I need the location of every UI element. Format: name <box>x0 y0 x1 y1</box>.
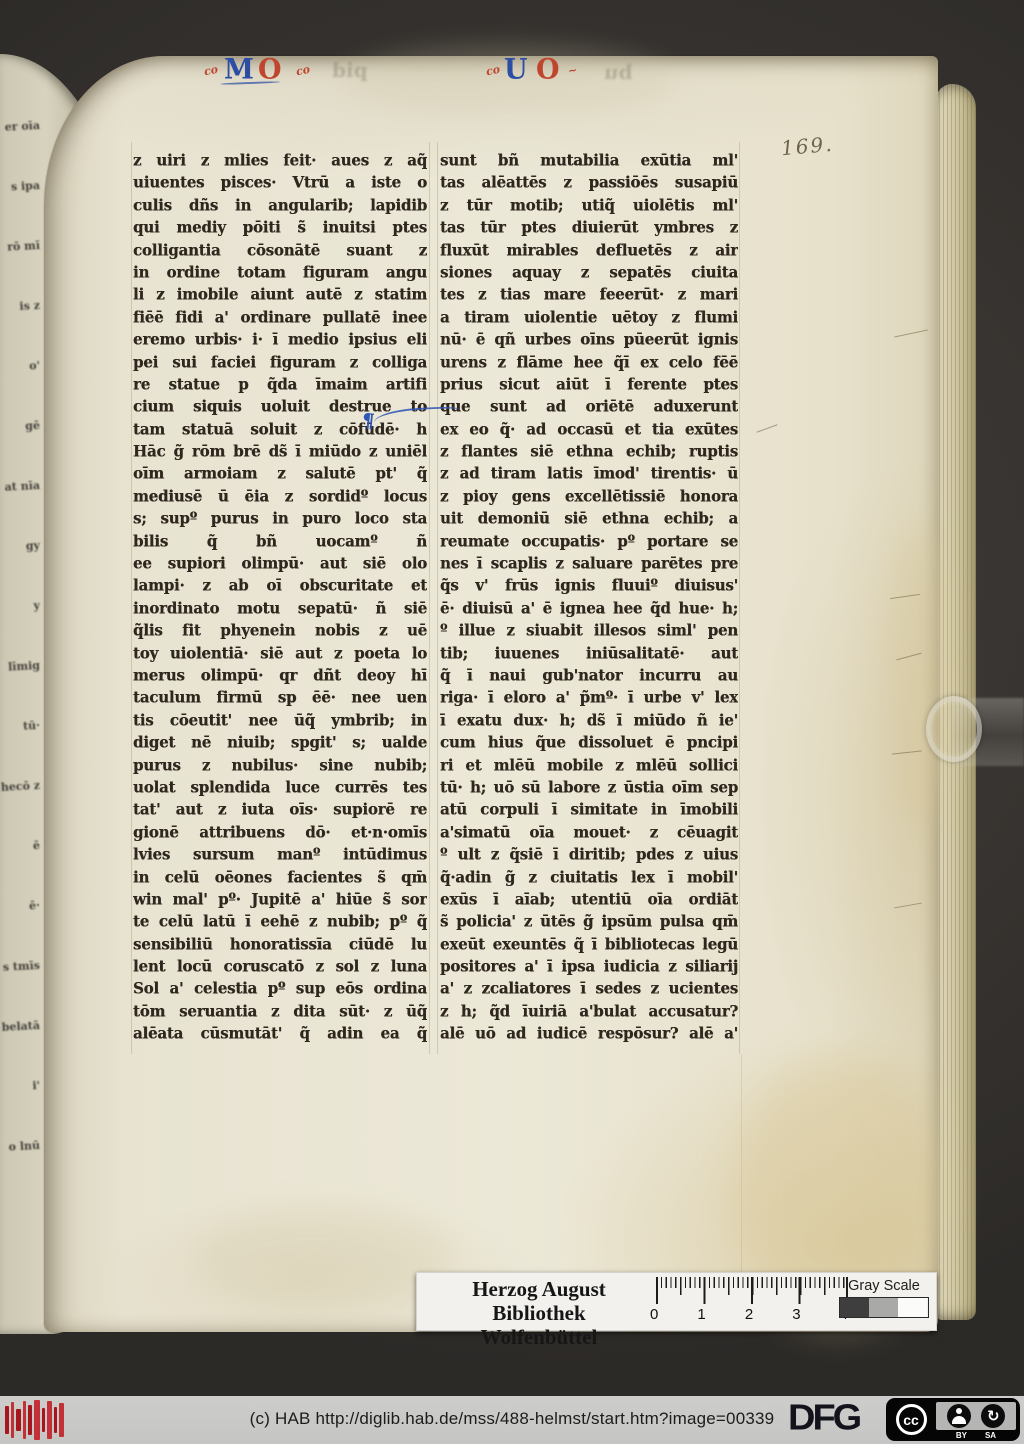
ruling-line <box>131 142 132 1054</box>
ink-showthrough: bu <box>604 60 633 84</box>
grayscale-title: Gray Scale <box>837 1278 931 1294</box>
manuscript-text-line: Sol a' celestia pº sup eōs ordina <box>133 976 427 1000</box>
manuscript-text-line: culis dñs in angularib; lapidib <box>133 193 427 217</box>
manuscript-text-line: reumate occupatis· pº portare se <box>440 529 738 553</box>
manuscript-text-line: z h; q̃d īuiriā a'bulat accusatur? <box>440 999 738 1023</box>
pen-trial-mark <box>896 653 921 661</box>
manuscript-text-line: uolat splendida luce currēs tes <box>133 775 427 799</box>
red-flourish: co <box>485 63 501 79</box>
pen-trial-mark <box>894 903 922 909</box>
manuscript-text-line: te celū latū ī eehē z nubib; pº q̃ <box>133 909 427 933</box>
parchment-stain <box>194 1206 454 1306</box>
header-initial-blue: M <box>224 53 254 86</box>
manuscript-text-line: º ult z q̃siē ī diritib; pdes z uius <box>440 842 738 866</box>
facing-text-fragment: ē dīmo <box>0 839 40 855</box>
ruler-number: 0 <box>650 1306 658 1323</box>
institution-line2: Wolfenbüttel <box>424 1325 654 1349</box>
manuscript-text-line: uit demoniū siē ethna echib; a <box>440 506 738 530</box>
facing-text-fragment: gē insel <box>0 419 40 435</box>
manuscript-text-line: purus z nubilus· sine nubib; <box>133 753 427 777</box>
manuscript-text-line: pei sui faciei figuram z colliga <box>133 350 427 374</box>
swatch-dark <box>840 1298 869 1317</box>
manuscript-text-line: tis cōeutit' nee ūq̃ ymbrib; in <box>133 708 427 732</box>
manuscript-text-line: in celū oēones facientes s̃ qm̄ <box>133 865 427 889</box>
manuscript-text-line: s; supº purus in puro loco sta <box>133 506 427 530</box>
facing-text-fragment: o' astiū <box>0 359 40 375</box>
red-flourish: ~ <box>567 63 579 78</box>
manuscript-text-line: toy uiolentiā· siē aut z poeta lo <box>133 641 427 665</box>
manuscript-text-line: ex eo q̃· ad occasū et tia exūtes <box>440 417 738 441</box>
manuscript-text-line: exūs ī aīab; utentiū oīa ordiāt <box>440 887 738 911</box>
folio-number: 169. <box>780 132 834 160</box>
manuscript-text-line: z ad tiram latis īmod' tirentis· ū <box>440 461 738 485</box>
cc-module-labels: BY SA <box>938 1431 1014 1440</box>
manuscript-text-line: positores a' ī ipsa iudicia z siliarij <box>440 954 738 978</box>
dfg-logo: DFG <box>788 1398 859 1439</box>
manuscript-text-line: ee supiori olimpū· aut siē olo <box>133 551 427 575</box>
manuscript-text-line: que sunt ad oriētē aduxerunt <box>440 394 738 418</box>
manuscript-text-line: sunt bñ mutabilia exūtia ml' <box>440 148 738 172</box>
manuscript-text-line: s̃ policia' z ūtēs g̃ ipsūm pulsa qm̄ <box>440 909 738 933</box>
blue-paragraph-mark: ¶ <box>361 409 375 432</box>
attribution-bar: (c) HAB http://diglib.hab.de/mss/488-hel… <box>0 1396 1024 1444</box>
ruler-ticks <box>656 1277 848 1304</box>
facing-text-fragment: is z mī <box>0 299 40 315</box>
manuscript-text-line: alē uō ad iudicē respōsur? alē a' <box>440 1021 738 1045</box>
manuscript-text-line: atū corpuli ī simitate in īmobili <box>440 797 738 821</box>
manuscript-text-line: exeūt exeuntēs q̃ ī bibliotecas legū <box>440 932 738 956</box>
manuscript-text-line: gionē attribuens dō· et·n·omīs <box>133 820 427 844</box>
manuscript-text-line: in ordine totam figuram angu <box>133 260 427 284</box>
manuscript-text-line: tas tūr ptes diuierūt ymbres z <box>440 215 738 239</box>
manuscript-text-line: nes ī scaplis z saluare parētes pre <box>440 551 738 575</box>
ruler-number: 2 <box>745 1306 753 1323</box>
manuscript-text-line: riga· ī eloro a' p̃mº· ī urbe v' lex <box>440 685 738 709</box>
manuscript-text-line: q̃s v' frūs ignis fluuiº diuisus' <box>440 573 738 597</box>
red-flourish: co <box>295 63 311 79</box>
cc-logo: cc <box>886 1398 936 1441</box>
manuscript-text-line: z uiri z mlies feit· aues z aq̃ <box>133 148 427 172</box>
manuscript-text-line: inordinato motu sepatū· ñ siē <box>133 596 427 620</box>
page-holder-clip <box>924 690 1024 780</box>
manuscript-text-line: lvies sursum manº intūdimus <box>133 842 427 866</box>
grayscale-reference: Gray Scale <box>837 1278 931 1318</box>
facing-page-text: er oīas ipa q̃rō mīis z mīo' astiūgē ins… <box>0 120 40 1200</box>
pen-trial-mark <box>894 329 927 337</box>
ruler-number: 1 <box>697 1306 705 1323</box>
manuscript-text-line: sensibiliū honoratissīa ciūdē lu <box>133 932 427 956</box>
manuscript-text-line: fiēē fidi a' ordinare pullatē inee <box>133 305 427 329</box>
manuscript-text-line: tas alēattēs z passiōēs susapiū <box>440 170 738 194</box>
manuscript-text-line: ī exatu dux· h; ds̃ ī miūdo ñ ie' <box>440 708 738 732</box>
manuscript-text-line: ē· diuisū a' ē ignea hee q̃d hue· h; <box>440 596 738 620</box>
header-initial-blue: U <box>504 53 528 86</box>
ruling-line <box>429 142 430 1054</box>
manuscript-text-line: º illue z siuabit illesos siml' pen <box>440 618 738 642</box>
manuscript-text-line: ri et mlēū mobile z mlēū sollici <box>440 753 738 777</box>
manuscript-text-line: alēata cūsmutāt' q̃ adin ea q̃ <box>133 1021 427 1045</box>
manuscript-text-line: diget nē niuib; spgit' s; ualde <box>133 730 427 754</box>
cc-license-badge: cc ↻ BY SA <box>886 1398 1020 1441</box>
manuscript-text-line: a'simatū oīa mouet· z cēuagit <box>440 820 738 844</box>
facing-text-fragment: rō mī <box>0 239 40 255</box>
manuscript-text-line: z tūr motib; utiq̃ uiolētis ml' <box>440 193 738 217</box>
pen-trial-mark <box>892 750 922 754</box>
facing-text-fragment: gy urss <box>0 539 40 555</box>
facing-text-fragment: o lnū <box>0 1139 40 1155</box>
manuscript-text-line: q̃·adin g̃ z ciuitatis lex ī mobil' <box>440 865 738 889</box>
header-initial-red: O <box>536 53 560 86</box>
swatch-white <box>898 1298 927 1317</box>
manuscript-text-line: a' z zcaliatores ī sedes z ucientes <box>440 976 738 1000</box>
facing-text-fragment: s tmīs <box>0 959 40 975</box>
institution-name: Herzog August Bibliothek Wolfenbüttel <box>424 1277 654 1349</box>
manuscript-text-line: re statue p q̃da īmaim artifi <box>133 372 427 396</box>
manuscript-photograph: er oīas ipa q̃rō mīis z mīo' astiūgē ins… <box>0 0 1024 1444</box>
facing-text-fragment: s ipa q̃ <box>0 179 40 195</box>
ruler-scale: 0 1 2 3 4 <box>656 1277 852 1327</box>
manuscript-text-line: tōm seruantia z dita sūt· z ūq̃ <box>133 999 427 1023</box>
pen-trial-mark <box>756 424 777 432</box>
clip-loop <box>926 696 982 762</box>
facing-text-fragment: ē· fanē <box>0 899 40 915</box>
manuscript-text-line: li z imobile aiunt autē z statim <box>133 282 427 306</box>
facing-text-fragment: līmig z <box>0 659 40 675</box>
cc-by-label: BY <box>956 1431 967 1440</box>
facing-text-fragment: er oīa <box>0 119 40 135</box>
arrow-glyph: ↻ <box>981 1404 1005 1428</box>
manuscript-text-line: z pioy gens excellētissiē honora <box>440 484 738 508</box>
person-head <box>956 1408 962 1414</box>
text-column-right: sunt bñ mutabilia exūtia ml'tas alēattēs… <box>440 148 738 1044</box>
manuscript-text-line: lent locū coruscatō z sol z luna <box>133 954 427 978</box>
red-flourish: co <box>203 63 219 79</box>
manuscript-text-line: z flantes siē ethna echib; ruptis <box>440 439 738 463</box>
cc-ring: cc <box>896 1404 927 1435</box>
manuscript-text-line: siones aquay z sepatēs ciuita <box>440 260 738 284</box>
manuscript-text-line: tes z tias mare feeerūt· z mari <box>440 282 738 306</box>
cc-sa-arrow-icon: ↻ <box>981 1404 1005 1428</box>
facing-text-fragment: belatā <box>0 1019 40 1035</box>
ruler-number: 3 <box>792 1306 800 1323</box>
facing-text-fragment: i' sanīe <box>0 1079 40 1095</box>
manuscript-text-line: tū· h; uō sū labore z ūstia oīm sep <box>440 775 738 799</box>
manuscript-text-line: qui mediy pōiti s̃ inuitsi ptes <box>133 215 427 239</box>
person-body <box>952 1416 966 1424</box>
pen-trial-mark <box>890 594 920 599</box>
attribution-text: (c) HAB http://diglib.hab.de/mss/488-hel… <box>0 1409 1024 1429</box>
ruler-numbers: 0 1 2 3 4 <box>650 1306 848 1323</box>
swatch-gray <box>869 1298 898 1317</box>
manuscript-text-line: oīm armoiam z salutē pt' q̃ <box>133 461 427 485</box>
manuscript-text-line: q̃ ī naui gub'nator incurru au <box>440 663 738 687</box>
facing-text-fragment: y aetris <box>0 599 40 615</box>
manuscript-text-line: win mal' pº· Jupitē a' hiūe s̃ sor <box>133 887 427 911</box>
ruling-line <box>437 142 438 1054</box>
institution-line1: Herzog August Bibliothek <box>424 1277 654 1325</box>
manuscript-text-line: tib; iuuenes iniūsalitatē· aut <box>440 641 738 665</box>
manuscript-text-line: eremo urbis· i· ī medio ipsius eli <box>133 327 427 351</box>
manuscript-text-line: uiuentes pisces· Vtrū a iste o <box>133 170 427 194</box>
manuscript-text-line: nū· ē qñ urbes oīns pūeerūt ignis <box>440 327 738 351</box>
manuscript-page: co M O co co U O ~ pid bu 169. z uiri z … <box>44 56 938 1332</box>
manuscript-text-line: a tiram uiolentie uētoy z flumi <box>440 305 738 329</box>
manuscript-text-line: fluxūt mirables defluetēs z air <box>440 238 738 262</box>
manuscript-text-line: taculum firmū sp ēē· nee uen <box>133 685 427 709</box>
grayscale-swatches <box>839 1297 929 1318</box>
manuscript-text-line: cum hius q̃ue dissoluet ē pncipi <box>440 730 738 754</box>
manuscript-text-line: lampi· z ab oī obscuritate et <box>133 573 427 597</box>
ink-showthrough: pid <box>332 58 368 82</box>
manuscript-text-line: Hāc g̃ rōm brē ds̃ ī miūdo z uniēl <box>133 439 427 463</box>
facing-text-fragment: at nīa <box>0 479 40 495</box>
manuscript-text-line: merus olimpū· qr dñt deoy hī <box>133 663 427 687</box>
text-column-left: z uiri z mlies feit· aues z aq̃uiuentes … <box>133 148 427 1044</box>
cc-modules: ↻ <box>936 1402 1016 1430</box>
manuscript-text-line: prius sicut aiūt ī ferente ptes <box>440 372 738 396</box>
manuscript-text-line: colligantia cōsonātē suant z <box>133 238 427 262</box>
facing-text-fragment: hecō z <box>0 779 40 795</box>
cc-by-person-icon <box>947 1404 971 1428</box>
manuscript-text-line: tat' aut z iuta oīs· supiorē re <box>133 797 427 821</box>
cc-sa-label: SA <box>985 1431 996 1440</box>
manuscript-text-line: mediusē ū ēia z sordidº locus <box>133 484 427 508</box>
manuscript-text-line: urens z flāme hee q̃ī ex celo fēē <box>440 350 738 374</box>
library-label: Herzog August Bibliothek Wolfenbüttel 0 … <box>416 1272 937 1331</box>
ruling-line <box>739 142 740 1054</box>
facing-text-fragment: tū· stos <box>0 719 40 735</box>
manuscript-text-line: bilis q̃ bñ uocamº ñ <box>133 529 427 553</box>
manuscript-text-line: q̃lis fit phyenein nobis z uē <box>133 618 427 642</box>
